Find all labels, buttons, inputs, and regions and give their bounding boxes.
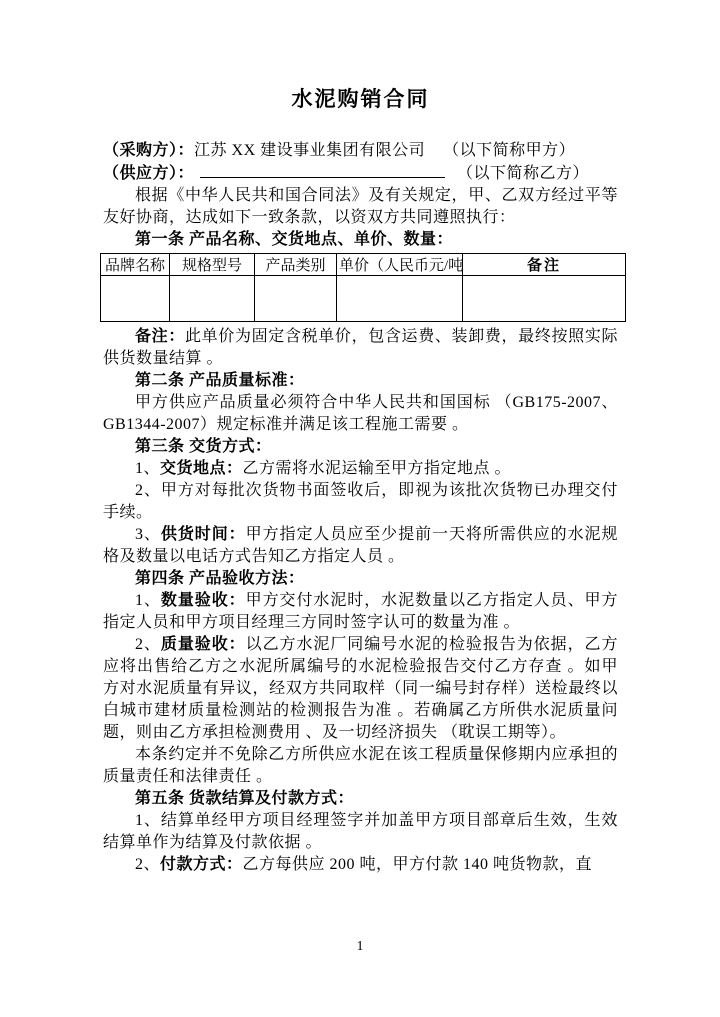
column-header-remark: 备注: [463, 254, 626, 276]
article5-clause-2: 2、付款方式：乙方每供应 200 吨，甲方付款 140 吨货物款，直: [103, 854, 618, 876]
clause-term: 数量验收：: [161, 592, 246, 609]
clause-number: 1、: [135, 812, 161, 829]
clause-term: 质量验收：: [161, 636, 246, 653]
column-header-unit-price: 单价（人民币元/吨）: [337, 254, 463, 276]
preamble: 根据《中华人民共和国合同法》及有关规定，甲、乙双方经过平等友好协商，达成如下一致…: [103, 185, 618, 229]
supplier-alias: （以下简称乙方）: [457, 165, 589, 182]
article5-heading: 第五条 货款结算及付款方式：: [103, 788, 618, 810]
clause-text: 甲方对每批次货物书面签收后，即视为该批次货物已办理交付手续。: [103, 482, 618, 521]
cell-unit-price: [337, 276, 463, 322]
article5-clause-1: 1、结算单经甲方项目经理签字并加盖甲方项目部章后生效，生效结算单作为结算及付款依…: [103, 810, 618, 854]
article2-body: 甲方供应产品质量必须符合中华人民共和国国标 （GB175-2007、GB1344…: [103, 392, 618, 436]
clause-number: 3、: [135, 526, 161, 543]
article4-closing: 本条约定并不免除乙方所供应水泥在该工程质量保修期内应承担的质量责任和法律责任 。: [103, 744, 618, 788]
clause-number: 2、: [135, 636, 161, 653]
document-title: 水泥购销合同: [103, 86, 618, 112]
article3-heading: 第三条 交货方式：: [103, 436, 618, 458]
column-header-brand: 品牌名称: [101, 254, 170, 276]
supplier-line: （供应方）：（以下简称乙方）: [103, 162, 618, 185]
article3-clause-3: 3、供货时间：甲方指定人员应至少提前一天将所需供应的水泥规格及数量以电话方式告知…: [103, 524, 618, 568]
product-table-empty-row: [101, 276, 626, 322]
column-header-type: 产品类别: [255, 254, 337, 276]
article4-heading: 第四条 产品验收方法：: [103, 568, 618, 590]
clause-number: 1、: [135, 460, 160, 477]
cell-type: [255, 276, 337, 322]
column-header-spec: 规格型号: [170, 254, 255, 276]
clause-term: 供货时间：: [161, 526, 246, 543]
buyer-name: 江苏 XX 建设事业集团有限公司: [194, 142, 425, 159]
supplier-name-blank-field: [200, 162, 445, 178]
cell-brand: [101, 276, 170, 322]
cell-spec: [170, 276, 255, 322]
article3-clause-1: 1、交货地点：乙方需将水泥运输至甲方指定地点 。: [103, 458, 618, 480]
article2-heading: 第二条 产品质量标准：: [103, 370, 618, 392]
clause-text: 乙方需将水泥运输至甲方指定地点 。: [243, 460, 512, 477]
buyer-label: （采购方）：: [103, 142, 194, 159]
article3-clause-2: 2、甲方对每批次货物书面签收后，即视为该批次货物已办理交付手续。: [103, 480, 618, 524]
clause-term: 交货地点：: [160, 460, 243, 477]
clause-text: 结算单经甲方项目经理签字并加盖甲方项目部章后生效，生效结算单作为结算及付款依据 …: [103, 812, 618, 851]
article1-heading: 第一条 产品名称、交货地点、单价、数量：: [103, 229, 618, 251]
buyer-line: （采购方）：江苏 XX 建设事业集团有限公司（以下简称甲方）: [103, 140, 618, 162]
product-table: 品牌名称 规格型号 产品类别 单价（人民币元/吨） 备注: [100, 253, 626, 322]
article4-clause-2: 2、质量验收：以乙方水泥厂同编号水泥的检验报告为依据，乙方应将出售给乙方之水泥所…: [103, 634, 618, 744]
clause-number: 2、: [135, 482, 161, 499]
clause-text: 乙方每供应 200 吨，甲方付款 140 吨货物款，直: [243, 856, 593, 873]
cell-remark: [463, 276, 626, 322]
contract-page: 水泥购销合同 （采购方）：江苏 XX 建设事业集团有限公司（以下简称甲方） （供…: [0, 0, 720, 1017]
buyer-alias: （以下简称甲方）: [443, 142, 575, 159]
clause-number: 2、: [135, 856, 160, 873]
supplier-label: （供应方）：: [103, 165, 194, 182]
article1-note: 备注：此单价为固定含税单价，包含运费、装卸费，最终按照实际供货数量结算 。: [103, 326, 618, 370]
page-number: 1: [0, 938, 720, 956]
clause-term: 付款方式：: [160, 856, 243, 873]
clause-number: 1、: [135, 592, 161, 609]
product-table-header-row: 品牌名称 规格型号 产品类别 单价（人民币元/吨） 备注: [101, 254, 626, 276]
article1-note-label: 备注：: [135, 328, 185, 345]
article4-clause-1: 1、数量验收：甲方交付水泥时，水泥数量以乙方指定人员、甲方指定人员和甲方项目经理…: [103, 590, 618, 634]
